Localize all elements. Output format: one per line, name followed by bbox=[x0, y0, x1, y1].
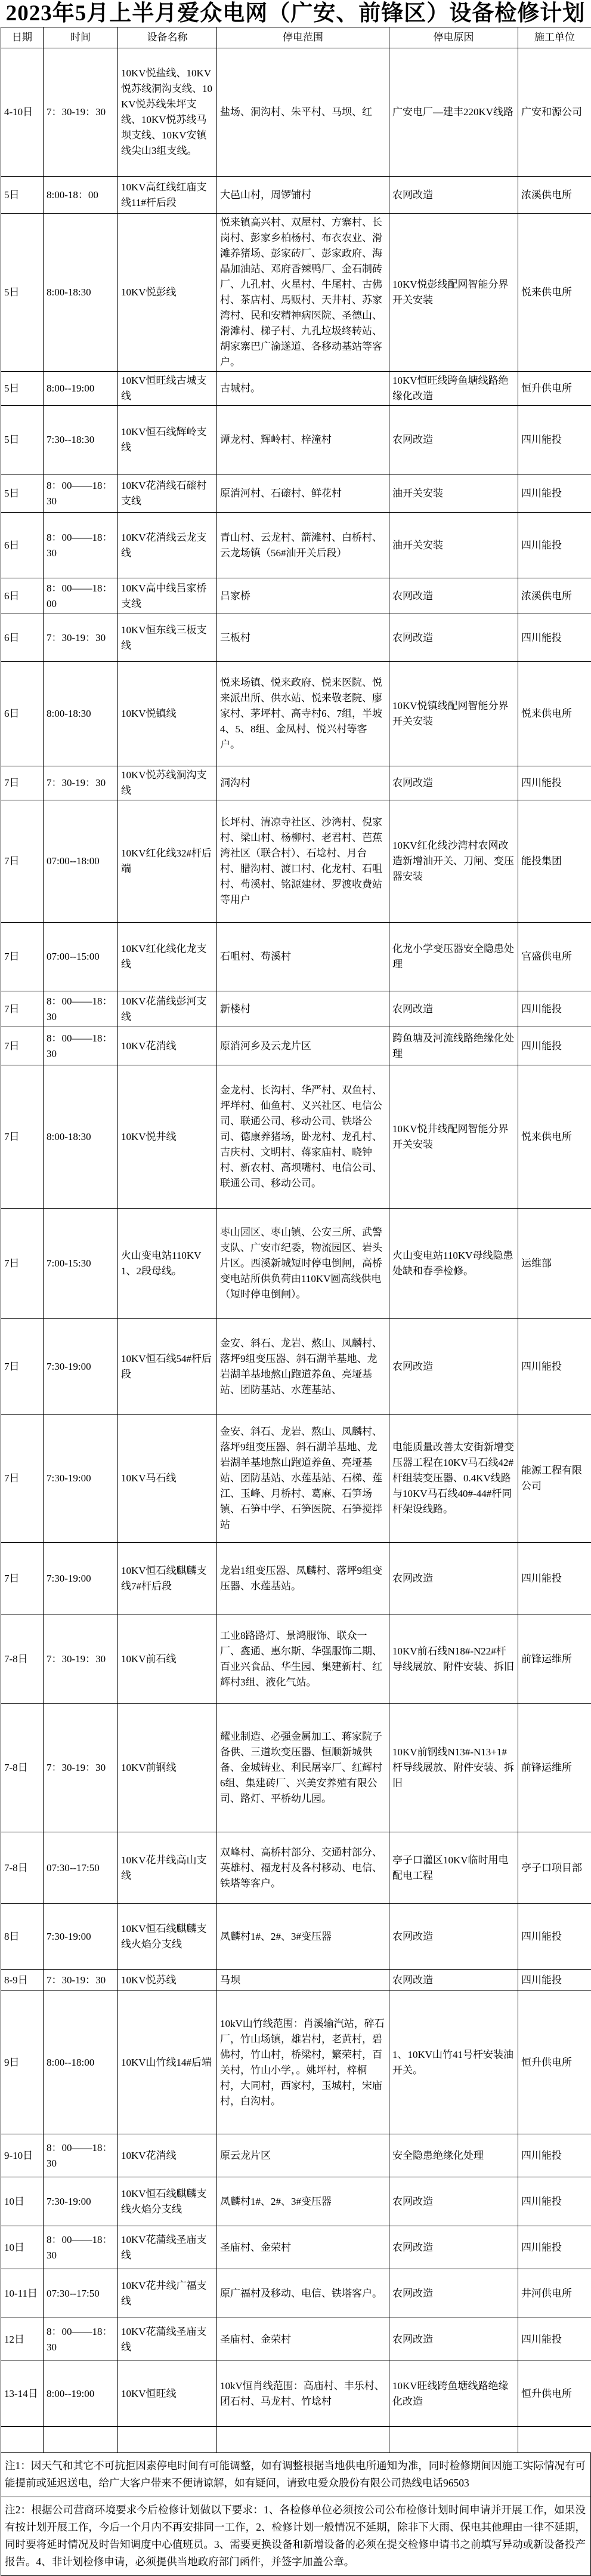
cell-outage-range bbox=[217, 2427, 389, 2453]
cell-date: 6日 bbox=[1, 614, 44, 662]
column-header: 停电范围 bbox=[217, 27, 389, 48]
cell-time: 8：00——18：30 bbox=[44, 2318, 118, 2361]
cell-outage-range: 悦来镇高兴村、双屋村、方寨村、长岗村、彭家乡柏杨村、布衣农业、滑滩养猪场、彭家砖… bbox=[217, 214, 389, 372]
cell-equipment: 10KV悦盐线、10KV悦苏线洞沟支线、10KV悦苏线朱坪支线、10KV悦苏线马… bbox=[118, 48, 217, 177]
cell-construction-unit: 四川能投 bbox=[518, 2318, 591, 2361]
table-row: 10-11日07:30--17:5010KV花井线广福支线原广福村及移动、电信、… bbox=[1, 2269, 591, 2318]
cell-construction-unit: 广安和源公司 bbox=[518, 48, 591, 177]
cell-outage-range: 金龙村、长沟村、华严村、双鱼村、坪垟村、仙鱼村、义兴社区、电信公司、联通公司、移… bbox=[217, 1065, 389, 1209]
table-row: 7日7:30-19:0010KV恒石线麒麟支线7#杆后段龙岩1组变压器、凤麟村、… bbox=[1, 1543, 591, 1614]
cell-time: 8:00--19:00 bbox=[44, 2361, 118, 2427]
document-page: 2023年5月上半月爱众电网（广安、前锋区）设备检修计划 日期时间设备名称停电范… bbox=[0, 0, 591, 2576]
cell-outage-reason: 亭子口灌区10KV临时用电配电工程 bbox=[389, 1832, 518, 1904]
cell-time: 7：30-19：30 bbox=[44, 766, 118, 800]
note-1: 注1：因天气和其它不可抗拒因素停电时间有可能调整，如有调整根据当地供电所通知为准… bbox=[1, 2453, 590, 2497]
cell-outage-range: 吕家桥 bbox=[217, 578, 389, 614]
cell-time: 8:00-18：00 bbox=[44, 177, 118, 214]
cell-equipment bbox=[118, 2427, 217, 2453]
cell-equipment: 10KV马石线 bbox=[118, 1415, 217, 1543]
cell-outage-reason: 农网改造 bbox=[389, 2269, 518, 2318]
cell-date: 7日 bbox=[1, 1319, 44, 1415]
cell-outage-reason: 10KV红化线沙湾村农网改造新增油开关、刀闸、变压器安装 bbox=[389, 800, 518, 923]
cell-time bbox=[44, 2427, 118, 2453]
table-row: 7日8：00——18：3010KV花蒲线彭河支线新楼村农网改造四川能投 bbox=[1, 991, 591, 1027]
cell-equipment: 10KV花消线云龙支线 bbox=[118, 513, 217, 578]
cell-outage-range: 青山村、云龙村、箭滩村、白桥村、云龙场镇（56#油开关后段） bbox=[217, 513, 389, 578]
cell-outage-reason: 火山变电站110KV母线隐患处缺和春季检修。 bbox=[389, 1209, 518, 1319]
cell-time: 8:00--18:00 bbox=[44, 1991, 118, 2134]
cell-date: 5日 bbox=[1, 177, 44, 214]
cell-outage-reason: 广安电厂—建丰220KV线路 bbox=[389, 48, 518, 177]
cell-date: 8日 bbox=[1, 1904, 44, 1970]
cell-outage-reason: 1、10KV山竹41号杆安装油开关。 bbox=[389, 1991, 518, 2134]
cell-outage-reason: 10KV恒旺线跨鱼塘线路绝缘化改造 bbox=[389, 372, 518, 406]
cell-date: 12日 bbox=[1, 2318, 44, 2361]
cell-outage-reason: 10KV旺线跨鱼塘线路绝缘化改造 bbox=[389, 2361, 518, 2427]
cell-outage-range: 原消河村、石磙村、鲜花村 bbox=[217, 474, 389, 513]
cell-construction-unit: 四川能投 bbox=[518, 1970, 591, 1991]
column-header: 时间 bbox=[44, 27, 118, 48]
cell-time: 7:30-19:00 bbox=[44, 1543, 118, 1614]
table-row: 7日7:30-19:0010KV恒石线54#杆后段金安、斜石、龙岩、熬山、凤麟村… bbox=[1, 1319, 591, 1415]
cell-outage-reason: 农网改造 bbox=[389, 766, 518, 800]
cell-date: 7-8日 bbox=[1, 1614, 44, 1704]
cell-time: 8:00-18:30 bbox=[44, 214, 118, 372]
cell-outage-range: 新楼村 bbox=[217, 991, 389, 1027]
cell-outage-reason: 10KV悦彭线配网智能分界开关安装 bbox=[389, 214, 518, 372]
cell-equipment: 10KV恒东线三板支线 bbox=[118, 614, 217, 662]
cell-equipment: 10KV花蒲线彭河支线 bbox=[118, 991, 217, 1027]
cell-date: 6日 bbox=[1, 662, 44, 766]
table-row: 9日8:00--18:0010KV山竹线14#后端10kV山竹线范围：肖溪输汽站… bbox=[1, 1991, 591, 2134]
column-header: 设备名称 bbox=[118, 27, 217, 48]
cell-equipment: 10KV悦彭线 bbox=[118, 214, 217, 372]
cell-outage-range: 枣山园区、枣山镇、公安三所、武警支队、广安市纪委，物流园区、岩头片区。西溪新城短… bbox=[217, 1209, 389, 1319]
cell-date: 7日 bbox=[1, 991, 44, 1027]
table-row: 8-9日7：30-19：3010KV悦苏线马坝农网改造四川能投 bbox=[1, 1970, 591, 1991]
cell-equipment: 10KV前石线 bbox=[118, 1614, 217, 1704]
cell-time: 8：00——18：00 bbox=[44, 578, 118, 614]
cell-construction-unit: 四川能投 bbox=[518, 1027, 591, 1065]
cell-equipment: 10KV高红线红庙支线11#杆后段 bbox=[118, 177, 217, 214]
cell-date: 9-10日 bbox=[1, 2134, 44, 2177]
cell-outage-range: 悦来场镇、悦来政府、悦来医院、悦来派出所、供水站、悦来敬老院、廖家村、茅坪村、高… bbox=[217, 662, 389, 766]
cell-time: 07:00--15:00 bbox=[44, 923, 118, 991]
cell-equipment: 10KV恒石线辉岭支线 bbox=[118, 406, 217, 474]
cell-construction-unit: 前锋运维所 bbox=[518, 1704, 591, 1832]
cell-construction-unit: 四川能投 bbox=[518, 991, 591, 1027]
cell-outage-reason: 农网改造 bbox=[389, 2226, 518, 2269]
cell-equipment: 10KV高中线吕家桥支线 bbox=[118, 578, 217, 614]
table-row: 7-8日07:30--17:5010KV花井线高山支线双峰村、高桥村部分、交通村… bbox=[1, 1832, 591, 1904]
cell-outage-reason: 农网改造 bbox=[389, 406, 518, 474]
note-2: 注2：根据公司营商环境要求今后检修计划做以下要求：1、各检修单位必须按公司公布检… bbox=[1, 2497, 590, 2575]
cell-date: 5日 bbox=[1, 406, 44, 474]
cell-construction-unit: 官盛供电所 bbox=[518, 923, 591, 991]
cell-date: 7日 bbox=[1, 1065, 44, 1209]
cell-date: 4-10日 bbox=[1, 48, 44, 177]
cell-equipment: 10KV恒石线麒麟支线火焰分支线 bbox=[118, 2177, 217, 2226]
table-row: 7日07:00--18:0010KV红化线32#杆后端长坪村、清凉寺社区、沙湾村… bbox=[1, 800, 591, 923]
maintenance-table: 日期时间设备名称停电范围停电原因施工单位 4-10日7：30-19：3010KV… bbox=[1, 27, 591, 2453]
cell-outage-reason: 农网改造 bbox=[389, 2318, 518, 2361]
cell-date: 13-14日 bbox=[1, 2361, 44, 2427]
table-row: 10日7:30-19:0010KV恒石线麒麟支线火焰分支线凤麟村1#、2#、3#… bbox=[1, 2177, 591, 2226]
cell-date: 7日 bbox=[1, 1415, 44, 1543]
cell-outage-reason: 油开关安装 bbox=[389, 474, 518, 513]
cell-equipment: 10KV花消线 bbox=[118, 2134, 217, 2177]
cell-date: 7-8日 bbox=[1, 1704, 44, 1832]
table-row: 12日8：00——18：3010KV花蒲线圣庙支线圣庙村、金荣村农网改造四川能投 bbox=[1, 2318, 591, 2361]
table-row: 13-14日8:00--19:0010KV恒旺线10kV恒肖线范围：高庙村、丰乐… bbox=[1, 2361, 591, 2427]
cell-date: 5日 bbox=[1, 474, 44, 513]
cell-outage-range: 工业8路路灯、景鸿服饰、联众一厂、鑫通、惠尔斯、华强服饰二期、百业兴食品、华生园… bbox=[217, 1614, 389, 1704]
cell-equipment: 10KV悦苏线 bbox=[118, 1970, 217, 1991]
cell-construction-unit: 四川能投 bbox=[518, 614, 591, 662]
table-row: 7日7：30-19：3010KV悦苏线洞沟支线洞沟村农网改造四川能投 bbox=[1, 766, 591, 800]
cell-equipment: 10KV花蒲线圣庙支线 bbox=[118, 2226, 217, 2269]
cell-time: 8：00——18：30 bbox=[44, 1027, 118, 1065]
cell-construction-unit: 四川能投 bbox=[518, 766, 591, 800]
table-row: 8日7:30-19:0010KV恒石线麒麟支线火焰分支线凤麟村1#、2#、3#变… bbox=[1, 1904, 591, 1970]
cell-equipment: 10KV花消线 bbox=[118, 1027, 217, 1065]
cell-construction-unit: 四川能投 bbox=[518, 2134, 591, 2177]
cell-outage-reason: 安全隐患绝缘化处理 bbox=[389, 2134, 518, 2177]
cell-equipment: 10KV恒旺线 bbox=[118, 2361, 217, 2427]
cell-date: 8-9日 bbox=[1, 1970, 44, 1991]
cell-construction-unit: 四川能投 bbox=[518, 1904, 591, 1970]
cell-time: 07:30--17:50 bbox=[44, 2269, 118, 2318]
cell-outage-reason: 10KV前石线N18#-N22#杆导线展放、附件安装、拆旧 bbox=[389, 1614, 518, 1704]
table-row: 5日8:00-18：0010KV高红线红庙支线11#杆后段大邑山村，周锣铺村农网… bbox=[1, 177, 591, 214]
cell-outage-range: 原广福村及移动、电信、铁塔客户。 bbox=[217, 2269, 389, 2318]
cell-outage-reason: 电能质量改善太安街新增变压器工程在10KV马石线42#杆组装变压器、0.4KV线… bbox=[389, 1415, 518, 1543]
table-row: 6日8:00-18:3010KV悦镇线悦来场镇、悦来政府、悦来医院、悦来派出所、… bbox=[1, 662, 591, 766]
table-row: 4-10日7：30-19：3010KV悦盐线、10KV悦苏线洞沟支线、10KV悦… bbox=[1, 48, 591, 177]
table-row: 7日8:00-18:3010KV悦井线金龙村、长沟村、华严村、双鱼村、坪垟村、仙… bbox=[1, 1065, 591, 1209]
cell-construction-unit: 四川能投 bbox=[518, 2177, 591, 2226]
cell-equipment: 10KV恒石线麒麟支线7#杆后段 bbox=[118, 1543, 217, 1614]
cell-equipment: 10KV恒石线54#杆后段 bbox=[118, 1319, 217, 1415]
cell-date: 7日 bbox=[1, 1027, 44, 1065]
cell-outage-range: 大邑山村，周锣铺村 bbox=[217, 177, 389, 214]
table-row: 5日7:30--18:3010KV恒石线辉岭支线谭龙村、辉岭村、梓潼村农网改造四… bbox=[1, 406, 591, 474]
cell-date: 7-8日 bbox=[1, 1832, 44, 1904]
cell-outage-reason: 农网改造 bbox=[389, 1543, 518, 1614]
cell-time: 7：30-19：30 bbox=[44, 48, 118, 177]
cell-outage-range: 三板村 bbox=[217, 614, 389, 662]
cell-time: 7：30-19：30 bbox=[44, 1614, 118, 1704]
table-row: 5日8：00——18：3010KV花消线石磙村支线原消河村、石磙村、鲜花村油开关… bbox=[1, 474, 591, 513]
cell-outage-reason: 10KV悦镇线配网智能分界开关安装 bbox=[389, 662, 518, 766]
table-row: 5日8:00-18:3010KV悦彭线悦来镇高兴村、双屋村、方寨村、长岗村、彭家… bbox=[1, 214, 591, 372]
table-row: 7日7:30-19:0010KV马石线金安、斜石、龙岩、熬山、凤麟村、落坪9组变… bbox=[1, 1415, 591, 1543]
table-row: 7日8：00——18：3010KV花消线原消河乡及云龙片区跨鱼塘及河流线路绝缘化… bbox=[1, 1027, 591, 1065]
cell-equipment: 10KV花井线广福支线 bbox=[118, 2269, 217, 2318]
cell-equipment: 10KV恒旺线古城支线 bbox=[118, 372, 217, 406]
cell-outage-range: 长坪村、清凉寺社区、沙湾村、倪家村、梁山村、杨柳村、老君村、芭蕉湾社区（联合村）… bbox=[217, 800, 389, 923]
cell-construction-unit: 四川能投 bbox=[518, 2226, 591, 2269]
cell-time: 7：30-19：30 bbox=[44, 1704, 118, 1832]
cell-construction-unit: 四川能投 bbox=[518, 1543, 591, 1614]
cell-equipment: 火山变电站110KV1、2段母线。 bbox=[118, 1209, 217, 1319]
cell-date: 7日 bbox=[1, 1543, 44, 1614]
cell-outage-reason: 农网改造 bbox=[389, 1970, 518, 1991]
cell-construction-unit: 能投集团 bbox=[518, 800, 591, 923]
cell-outage-range: 石咀村、苟溪村 bbox=[217, 923, 389, 991]
cell-outage-range: 盐场、洞沟村、朱平村、马坝、红 bbox=[217, 48, 389, 177]
column-header: 施工单位 bbox=[518, 27, 591, 48]
cell-outage-reason: 10KV悦井线配网智能分界开关安装 bbox=[389, 1065, 518, 1209]
cell-outage-range: 原云龙片区 bbox=[217, 2134, 389, 2177]
cell-time: 07:30--17:50 bbox=[44, 1832, 118, 1904]
table-header-row: 日期时间设备名称停电范围停电原因施工单位 bbox=[1, 27, 591, 48]
table-row: 6日8：00——18：3010KV花消线云龙支线青山村、云龙村、箭滩村、白桥村、… bbox=[1, 513, 591, 578]
cell-equipment: 10KV红化线化龙支线 bbox=[118, 923, 217, 991]
cell-construction-unit: 浓溪供电所 bbox=[518, 177, 591, 214]
cell-construction-unit: 恒升供电所 bbox=[518, 1991, 591, 2134]
cell-outage-range: 龙岩1组变压器、凤麟村、落坪9组变压器、水莲基站。 bbox=[217, 1543, 389, 1614]
cell-time: 7:30-19:00 bbox=[44, 1904, 118, 1970]
cell-outage-reason: 农网改造 bbox=[389, 2177, 518, 2226]
table-row: 6日8：00——18：0010KV高中线吕家桥支线吕家桥农网改造浓溪供电所 bbox=[1, 578, 591, 614]
cell-construction-unit: 井河供电所 bbox=[518, 2269, 591, 2318]
cell-outage-range: 凤麟村1#、2#、3#变压器 bbox=[217, 1904, 389, 1970]
cell-time: 7:30-19:00 bbox=[44, 1319, 118, 1415]
cell-equipment: 10KV悦苏线洞沟支线 bbox=[118, 766, 217, 800]
cell-date: 10日 bbox=[1, 2226, 44, 2269]
cell-date: 7日 bbox=[1, 800, 44, 923]
cell-construction-unit: 四川能投 bbox=[518, 406, 591, 474]
cell-equipment: 10KV恒石线麒麟支线火焰分支线 bbox=[118, 1904, 217, 1970]
cell-date: 10日 bbox=[1, 2177, 44, 2226]
cell-time: 7：30-19：30 bbox=[44, 1970, 118, 1991]
cell-outage-reason: 农网改造 bbox=[389, 177, 518, 214]
cell-outage-range: 金安、斜石、龙岩、熬山、凤麟村、落坪9组变压器、斜石湖羊基地、龙岩湖羊基地熬山跑… bbox=[217, 1319, 389, 1415]
cell-date: 9日 bbox=[1, 1991, 44, 2134]
cell-construction-unit: 四川能投 bbox=[518, 474, 591, 513]
cell-time: 7:30-19:00 bbox=[44, 2177, 118, 2226]
cell-construction-unit: 悦来供电所 bbox=[518, 662, 591, 766]
cell-outage-range: 圣庙村、金荣村 bbox=[217, 2318, 389, 2361]
cell-equipment: 10KV悦镇线 bbox=[118, 662, 217, 766]
cell-equipment: 10KV红化线32#杆后端 bbox=[118, 800, 217, 923]
cell-date: 6日 bbox=[1, 578, 44, 614]
cell-outage-range: 洞沟村 bbox=[217, 766, 389, 800]
table-row: 5日8:00--19:0010KV恒旺线古城支线古城村。10KV恒旺线跨鱼塘线路… bbox=[1, 372, 591, 406]
cell-date: 6日 bbox=[1, 513, 44, 578]
cell-outage-range: 古城村。 bbox=[217, 372, 389, 406]
cell-outage-reason: 农网改造 bbox=[389, 578, 518, 614]
cell-construction-unit: 悦来供电所 bbox=[518, 1065, 591, 1209]
cell-construction-unit: 恒升供电所 bbox=[518, 2361, 591, 2427]
cell-equipment: 10KV花蒲线圣庙支线 bbox=[118, 2318, 217, 2361]
table-row: 7日07:00--15:0010KV红化线化龙支线石咀村、苟溪村化龙小学变压器安… bbox=[1, 923, 591, 991]
cell-outage-range: 谭龙村、辉岭村、梓潼村 bbox=[217, 406, 389, 474]
cell-outage-range: 原消河乡及云龙片区 bbox=[217, 1027, 389, 1065]
cell-outage-range: 耀业制造、必强金属加工、蒋家院子备供、三道坎变压器、恒顺新城供备、金城铸业、利民… bbox=[217, 1704, 389, 1832]
cell-time: 8：00——18：30 bbox=[44, 513, 118, 578]
cell-construction-unit: 运维部 bbox=[518, 1209, 591, 1319]
cell-equipment: 10KV花消线石磙村支线 bbox=[118, 474, 217, 513]
cell-outage-reason: 农网改造 bbox=[389, 1904, 518, 1970]
table-row: 9-10日8：00——18：3010KV花消线原云龙片区安全隐患绝缘化处理四川能… bbox=[1, 2134, 591, 2177]
cell-time: 8：00——18：30 bbox=[44, 474, 118, 513]
cell-time: 07:00--18:00 bbox=[44, 800, 118, 923]
column-header: 停电原因 bbox=[389, 27, 518, 48]
cell-date: 7日 bbox=[1, 1209, 44, 1319]
cell-outage-range: 马坝 bbox=[217, 1970, 389, 1991]
cell-outage-reason: 10KV前钢线N13#-N13+1#杆导线展放、附件安装、拆旧 bbox=[389, 1704, 518, 1832]
cell-outage-reason: 跨鱼塘及河流线路绝缘化处理 bbox=[389, 1027, 518, 1065]
cell-equipment: 10KV悦井线 bbox=[118, 1065, 217, 1209]
footer-notes: 注1：因天气和其它不可抗拒因素停电时间有可能调整，如有调整根据当地供电所通知为准… bbox=[1, 2453, 591, 2576]
cell-date: 7日 bbox=[1, 923, 44, 991]
cell-outage-reason bbox=[389, 2427, 518, 2453]
cell-outage-range: 金安、斜石、龙岩、熬山、凤麟村、落坪9组变压器、斜石湖羊基地、龙岩湖羊基地熬山跑… bbox=[217, 1415, 389, 1543]
cell-date: 5日 bbox=[1, 214, 44, 372]
table-row: 10日8：00——18：3010KV花蒲线圣庙支线圣庙村、金荣村农网改造四川能投 bbox=[1, 2226, 591, 2269]
cell-date: 5日 bbox=[1, 372, 44, 406]
cell-construction-unit: 能源工程有限公司 bbox=[518, 1415, 591, 1543]
cell-outage-range: 双峰村、高桥村部分、交通村部分、英雄村、福龙村及各村移动、电信、铁塔等客户。 bbox=[217, 1832, 389, 1904]
cell-outage-reason: 农网改造 bbox=[389, 991, 518, 1027]
cell-outage-reason: 油开关安装 bbox=[389, 513, 518, 578]
cell-construction-unit: 浓溪供电所 bbox=[518, 578, 591, 614]
cell-equipment: 10KV山竹线14#后端 bbox=[118, 1991, 217, 2134]
cell-construction-unit: 悦来供电所 bbox=[518, 214, 591, 372]
page-title: 2023年5月上半月爱众电网（广安、前锋区）设备检修计划 bbox=[0, 0, 591, 27]
cell-time: 8：00——18：30 bbox=[44, 991, 118, 1027]
cell-outage-range: 10kV恒肖线范围：高庙村、丰乐村、团石村、马龙村、竹埝村 bbox=[217, 2361, 389, 2427]
cell-time: 8:00-18:30 bbox=[44, 1065, 118, 1209]
cell-outage-reason: 农网改造 bbox=[389, 614, 518, 662]
cell-time: 7:30-19:00 bbox=[44, 1415, 118, 1543]
cell-time: 7:30--18:30 bbox=[44, 406, 118, 474]
cell-equipment: 10KV花井线高山支线 bbox=[118, 1832, 217, 1904]
cell-construction-unit: 前锋运维所 bbox=[518, 1614, 591, 1704]
cell-outage-reason: 农网改造 bbox=[389, 1319, 518, 1415]
cell-construction-unit: 亭子口项目部 bbox=[518, 1832, 591, 1904]
cell-outage-reason: 化龙小学变压器安全隐患处理 bbox=[389, 923, 518, 991]
table-row: 7日7:00-15:30火山变电站110KV1、2段母线。枣山园区、枣山镇、公安… bbox=[1, 1209, 591, 1319]
table-row: 6日7：30-19：3010KV恒东线三板支线三板村农网改造四川能投 bbox=[1, 614, 591, 662]
cell-construction-unit bbox=[518, 2427, 591, 2453]
cell-date: 10-11日 bbox=[1, 2269, 44, 2318]
cell-time: 8:00--19:00 bbox=[44, 372, 118, 406]
cell-outage-range: 凤麟村1#、2#、3#变压器 bbox=[217, 2177, 389, 2226]
column-header: 日期 bbox=[1, 27, 44, 48]
cell-time: 8：00——18：30 bbox=[44, 2134, 118, 2177]
cell-outage-range: 10kV山竹线范围：肖溪输汽站，碎石厂，竹山场镇，雄岩村，老黄村，碧佛村，竹山村… bbox=[217, 1991, 389, 2134]
table-row bbox=[1, 2427, 591, 2453]
table-row: 7-8日7：30-19：3010KV前石线工业8路路灯、景鸿服饰、联众一厂、鑫通… bbox=[1, 1614, 591, 1704]
cell-construction-unit: 恒升供电所 bbox=[518, 372, 591, 406]
cell-time: 8：00——18：30 bbox=[44, 2226, 118, 2269]
cell-equipment: 10KV前钢线 bbox=[118, 1704, 217, 1832]
cell-outage-range: 圣庙村、金荣村 bbox=[217, 2226, 389, 2269]
cell-construction-unit: 四川能投 bbox=[518, 1319, 591, 1415]
cell-date: 7日 bbox=[1, 766, 44, 800]
cell-time: 7:00-15:30 bbox=[44, 1209, 118, 1319]
table-row: 7-8日7：30-19：3010KV前钢线耀业制造、必强金属加工、蒋家院子备供、… bbox=[1, 1704, 591, 1832]
cell-date bbox=[1, 2427, 44, 2453]
cell-time: 8:00-18:30 bbox=[44, 662, 118, 766]
cell-construction-unit: 四川能投 bbox=[518, 513, 591, 578]
cell-time: 7：30-19：30 bbox=[44, 614, 118, 662]
